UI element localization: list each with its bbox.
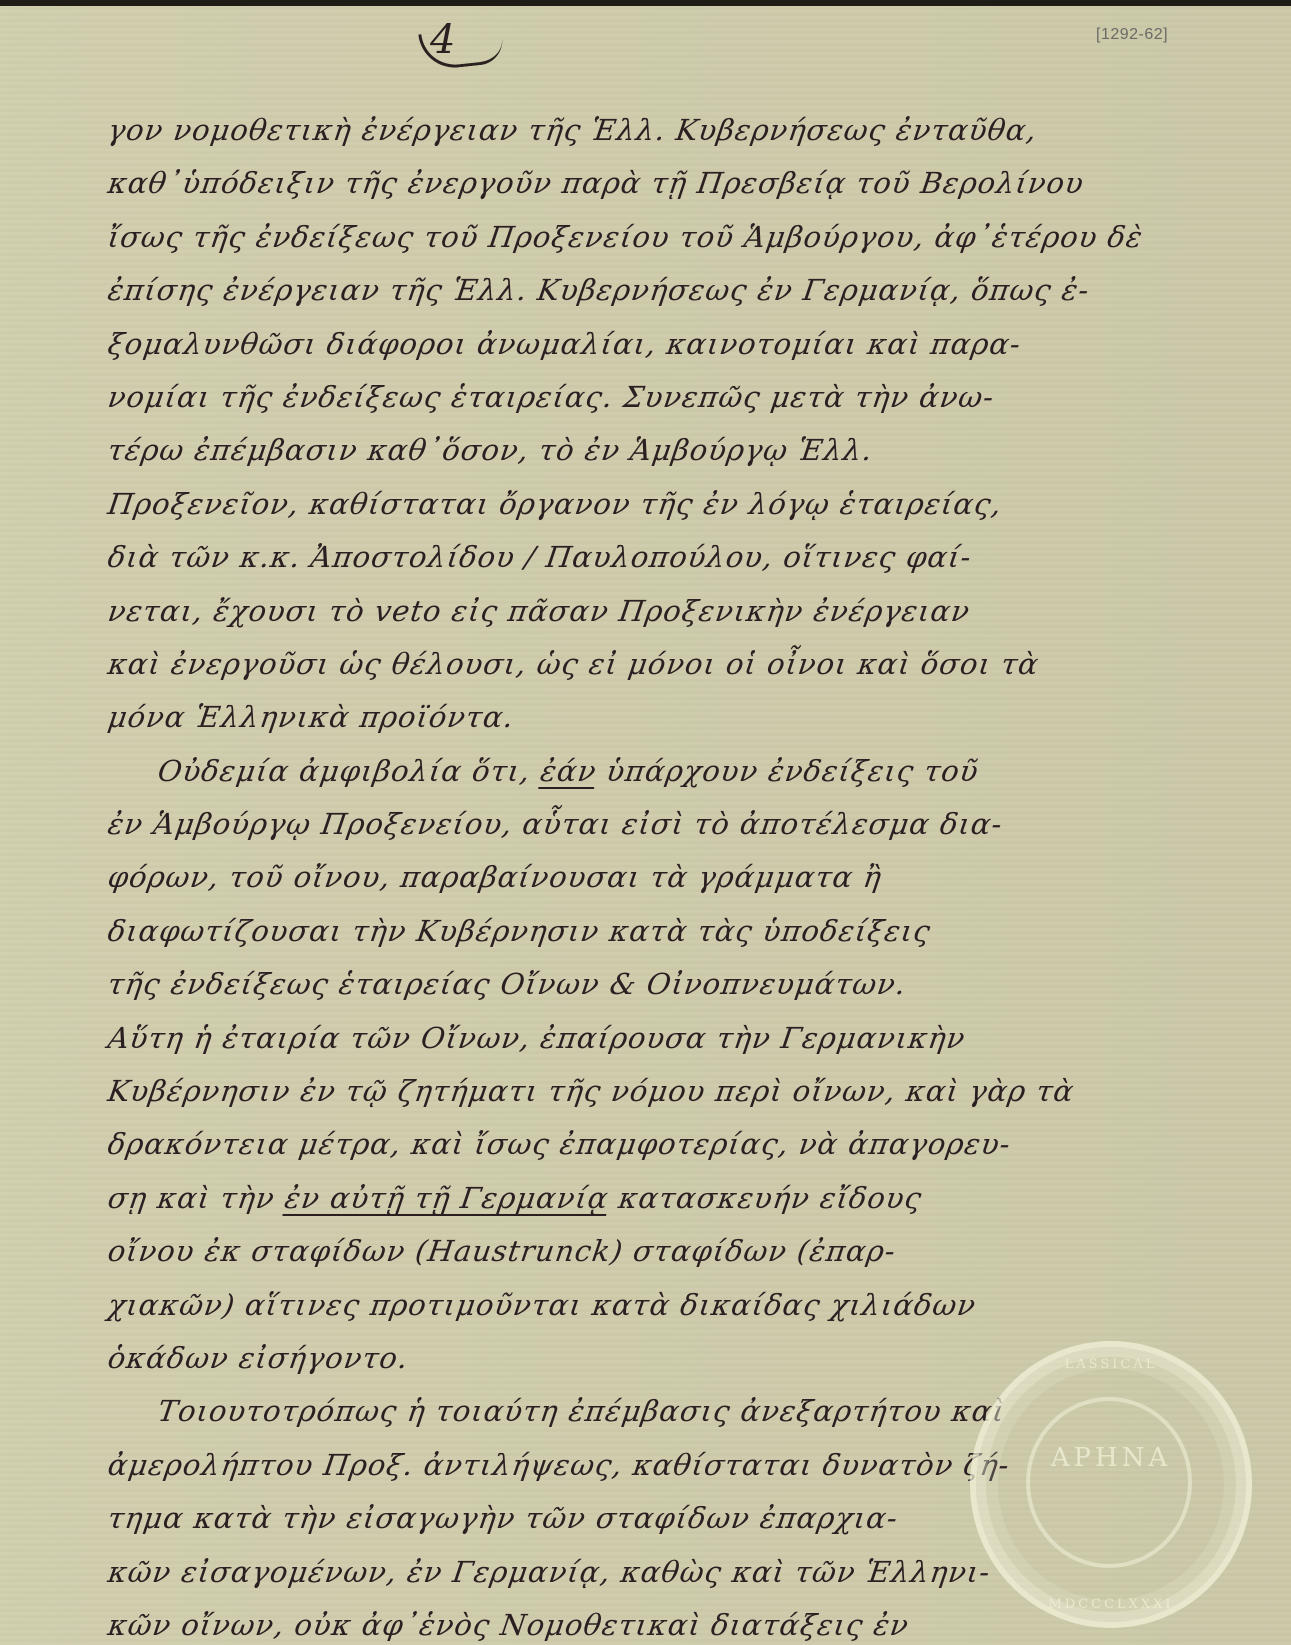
- scanned-letter-page: 4 [1292-62] γον νομοθετικὴ ἐνέργειαν τῆς…: [0, 6, 1291, 1645]
- text-line: καθ᾽ὑπόδειξιν τῆς ἐνεργοῦν παρὰ τῇ Πρεσβ…: [104, 157, 1272, 210]
- text-line: τέρω ἐπέμβασιν καθ᾽ὅσον, τὸ ἐν Ἁμβούργῳ …: [104, 424, 1272, 477]
- text-line: οἴνου ἐκ σταφίδων (Haustrunck) σταφίδων …: [104, 1225, 1272, 1278]
- text-line: διαφωτίζουσαι τὴν Κυβέρνησιν κατὰ τὰς ὑπ…: [104, 905, 1272, 958]
- text-line: ἴσως τῆς ἐνδείξεως τοῦ Προξενείου τοῦ Ἁμ…: [104, 211, 1272, 264]
- archive-seal-watermark: LASSICAL ΑΡΗΝΑ MDCCCLXXXI: [970, 1341, 1252, 1628]
- text-line: νεται, ἔχουσι τὸ veto εἰς πᾶσαν Προξενικ…: [104, 585, 1272, 638]
- text-line: τῆς ἐνδείξεως ἑταιρείας Οἴνων & Οἰνοπνευ…: [104, 958, 1272, 1011]
- text-line: Κυβέρνησιν ἐν τῷ ζητήματι τῆς νόμου περὶ…: [104, 1065, 1272, 1118]
- underlined-phrase: ἐν αὐτῇ τῇ Γερμανίᾳ: [283, 1181, 611, 1215]
- seal-ring-text: LASSICAL: [976, 1357, 1246, 1372]
- text-line: γον νομοθετικὴ ἐνέργειαν τῆς Ἑλλ. Κυβερν…: [104, 104, 1272, 157]
- text-line: φόρων, τοῦ οἴνου, παραβαίνουσαι τὰ γράμμ…: [104, 851, 1272, 904]
- text-line: μόνα Ἑλληνικὰ προϊόντα.: [104, 691, 1272, 744]
- text-line: διὰ τῶν κ.κ. Ἀποστολίδου / Παυλοπούλου, …: [104, 531, 1272, 584]
- text-line: χιακῶν) αἵτινες προτιμοῦνται κατὰ δικαίδ…: [104, 1279, 1272, 1332]
- text-line: Οὐδεμία ἀμφιβολία ὅτι, ἐάν ὑπάρχουν ἐνδε…: [104, 745, 1272, 798]
- seal-center-text: ΑΡΗΝΑ: [976, 1443, 1246, 1473]
- text-line: καὶ ἐνεργοῦσι ὡς θέλουσι, ὡς εἰ μόνοι οἱ…: [104, 638, 1272, 691]
- text-line: ξομαλυνθῶσι διάφοροι ἀνωμαλίαι, καινοτομ…: [104, 318, 1272, 371]
- text-line: Αὕτη ἡ ἐταιρία τῶν Οἴνων, ἐπαίρουσα τὴν …: [104, 1012, 1272, 1065]
- text-line: ἐν Ἁμβούργῳ Προξενείου, αὗται εἰσὶ τὸ ἀπ…: [104, 798, 1272, 851]
- seal-bottom-text: MDCCCLXXXI: [976, 1597, 1246, 1612]
- text-segment: ὑπάρχουν ἐνδείξεις τοῦ: [594, 754, 981, 788]
- underlined-phrase: ἐάν: [538, 754, 599, 788]
- archive-reference: [1292-62]: [1096, 26, 1168, 44]
- text-line: δρακόντεια μέτρα, καὶ ἴσως ἐπαμφοτερίας,…: [104, 1118, 1272, 1171]
- text-segment: κατασκευήν εἴδους: [606, 1181, 924, 1215]
- text-line: σῃ καὶ τὴν ἐν αὐτῇ τῇ Γερμανίᾳ κατασκευή…: [104, 1172, 1272, 1225]
- text-segment: Οὐδεμία ἀμφιβολία ὅτι,: [156, 754, 543, 788]
- text-line: Προξενεῖον, καθίσταται ὄργανον τῆς ἐν λό…: [104, 478, 1272, 531]
- seal-inner-ring: [1026, 1397, 1192, 1568]
- text-line: ἐπίσης ἐνέργειαν τῆς Ἑλλ. Κυβερνήσεως ἐν…: [104, 264, 1272, 317]
- text-segment: σῃ καὶ τὴν: [106, 1181, 288, 1215]
- page-number: 4: [430, 20, 455, 60]
- text-line: νομίαι τῆς ἐνδείξεως ἑταιρείας. Συνεπῶς …: [104, 371, 1272, 424]
